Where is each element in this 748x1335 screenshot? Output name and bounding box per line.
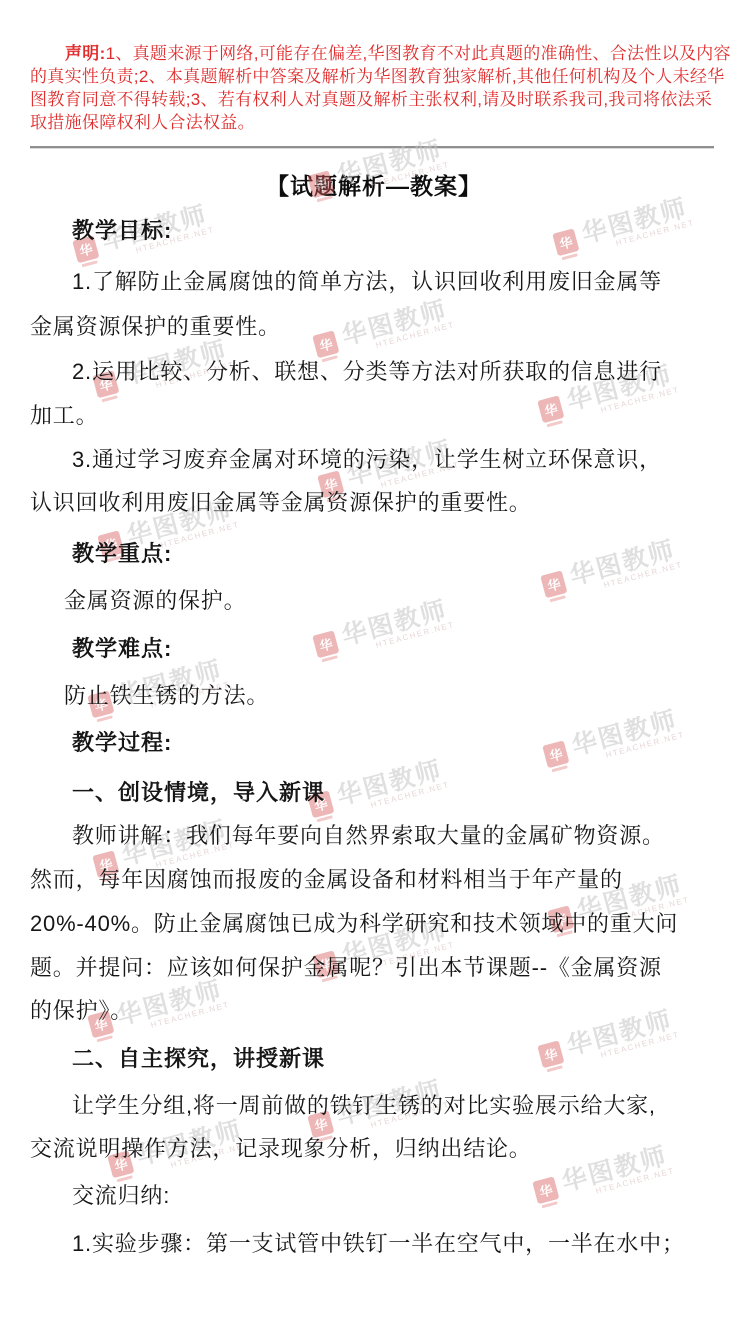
- watermark: 华华图教师HTEACHER.NET: [539, 537, 683, 605]
- huatu-logo-icon: 华: [542, 740, 570, 773]
- huatu-logo-glyph: 华: [552, 228, 579, 256]
- watermark-subtext: HTEACHER.NET: [605, 730, 686, 760]
- watermark: 华华图教师HTEACHER.NET: [551, 195, 695, 263]
- content-line: 1.了解防止金属腐蚀的简单方法，认识回收利用废旧金属等: [72, 265, 662, 296]
- document-page: 声明:1、真题来源于网络,可能存在偏差,华图教育不对此真题的准确性、合法性以及内…: [0, 0, 748, 1335]
- section-heading: 一、创设情境，导入新课: [72, 776, 325, 807]
- watermark-text: 华图教师: [567, 537, 681, 589]
- content-line: 然而，每年因腐蚀而报废的金属设备和材料相当于年产量的: [30, 863, 623, 894]
- watermark-text: 华图教师: [339, 297, 453, 349]
- watermark: 华华图教师HTEACHER.NET: [536, 1007, 680, 1075]
- content-line: 加工。: [30, 399, 98, 430]
- section-heading: 教学重点:: [72, 537, 172, 568]
- section-heading: 二、自主探究，讲授新课: [72, 1042, 325, 1073]
- huatu-logo-glyph: 华: [312, 630, 339, 658]
- content-line: 的保护》。: [30, 994, 133, 1025]
- watermark: 华华图教师HTEACHER.NET: [306, 757, 450, 825]
- content-line: 金属资源的保护。: [64, 584, 246, 615]
- huatu-logo-icon: 华: [532, 1176, 560, 1209]
- disclaimer-line: 的真实性负责;2、本真题解析中答案及解析为华图教育独家解析,其他任何机构及个人未…: [30, 65, 720, 88]
- huatu-logo-caption: [547, 420, 563, 427]
- page-title: 【试题解析—教案】: [0, 168, 748, 201]
- watermark-subtext: HTEACHER.NET: [370, 780, 451, 810]
- huatu-logo-caption: [97, 715, 113, 722]
- watermark: 华华图教师HTEACHER.NET: [531, 1143, 675, 1211]
- huatu-logo-icon: 华: [552, 228, 580, 261]
- watermark-subtext: HTEACHER.NET: [603, 560, 684, 590]
- huatu-logo-caption: [550, 595, 566, 602]
- watermark-text: 华图教师: [559, 1143, 673, 1195]
- watermark-text: 华图教师: [334, 757, 448, 809]
- huatu-logo-caption: [542, 1201, 558, 1208]
- disclaimer: 声明:1、真题来源于网络,可能存在偏差,华图教育不对此真题的准确性、合法性以及内…: [30, 42, 720, 134]
- huatu-logo-glyph: 华: [542, 740, 569, 768]
- content-line: 交流说明操作方法，记录现象分析，归纳出结论。: [30, 1132, 532, 1163]
- content-line: 1.实验步骤：第一支试管中铁钉一半在空气中，一半在水中；: [72, 1227, 685, 1258]
- huatu-logo-icon: 华: [540, 570, 568, 603]
- watermark-text: 华图教师: [569, 707, 683, 759]
- watermark-subtext: HTEACHER.NET: [615, 218, 696, 248]
- watermark-subtext: HTEACHER.NET: [600, 1030, 681, 1060]
- huatu-logo-glyph: 华: [537, 395, 564, 423]
- huatu-logo-glyph: 华: [540, 570, 567, 598]
- huatu-logo-glyph: 华: [532, 1176, 559, 1204]
- divider-line: [30, 146, 714, 148]
- huatu-logo-icon: 华: [537, 395, 565, 428]
- content-line: 3.通过学习废弃金属对环境的污染，让学生树立环保意识，: [72, 443, 662, 474]
- content-line: 金属资源保护的重要性。: [30, 310, 281, 341]
- huatu-logo-caption: [322, 655, 338, 662]
- watermark-subtext: HTEACHER.NET: [375, 320, 456, 350]
- watermark-text: 华图教师: [339, 597, 453, 649]
- disclaimer-label: 声明:: [65, 44, 106, 63]
- huatu-logo-caption: [102, 395, 118, 402]
- content-line: 2.运用比较、分析、联想、分类等方法对所获取的信息进行: [72, 355, 662, 386]
- content-line: 题。并提问：应该如何保护金属呢？引出本节课题--《金属资源: [30, 951, 662, 982]
- content-line: 防止铁生锈的方法。: [64, 679, 269, 710]
- section-heading: 教学目标:: [72, 214, 172, 245]
- content-line: 教师讲解：我们每年要向自然界索取大量的金属矿物资源。: [72, 819, 665, 850]
- huatu-logo-icon: 华: [312, 630, 340, 663]
- watermark: 华华图教师HTEACHER.NET: [311, 597, 455, 665]
- disclaimer-line: 图教育同意不得转载;3、若有权利人对真题及解析主张权利,请及时联系我司,我司将依…: [30, 88, 720, 111]
- huatu-logo-glyph: 华: [537, 1040, 564, 1068]
- watermark-text: 华图教师: [564, 1007, 678, 1059]
- disclaimer-line: 取措施保障权利人合法权益。: [30, 111, 720, 134]
- content-line: 认识回收利用废旧金属等金属资源保护的重要性。: [30, 486, 532, 517]
- watermark-text: 华图教师: [579, 195, 693, 247]
- disclaimer-line: 声明:1、真题来源于网络,可能存在偏差,华图教育不对此真题的准确性、合法性以及内…: [30, 42, 720, 65]
- watermark-subtext: HTEACHER.NET: [600, 385, 681, 415]
- huatu-logo-icon: 华: [537, 1040, 565, 1073]
- section-heading: 教学过程:: [72, 726, 172, 757]
- watermark-subtext: HTEACHER.NET: [150, 1000, 231, 1030]
- disclaimer-text: 1、真题来源于网络,可能存在偏差,华图教育不对此真题的准确性、合法性以及内容: [106, 44, 731, 63]
- huatu-logo-caption: [562, 253, 578, 260]
- content-line: 交流归纳:: [72, 1179, 170, 1210]
- content-line: 20%-40%。防止金属腐蚀已成为科学研究和技术领域中的重大问: [30, 907, 678, 938]
- watermark-subtext: HTEACHER.NET: [595, 1166, 676, 1196]
- watermark-subtext: HTEACHER.NET: [375, 620, 456, 650]
- section-heading: 教学难点:: [72, 632, 172, 663]
- content-line: 让学生分组,将一周前做的铁钉生锈的对比实验展示给大家,: [72, 1089, 656, 1120]
- watermark: 华华图教师HTEACHER.NET: [541, 707, 685, 775]
- huatu-logo-caption: [552, 765, 568, 772]
- huatu-logo-caption: [547, 1065, 563, 1072]
